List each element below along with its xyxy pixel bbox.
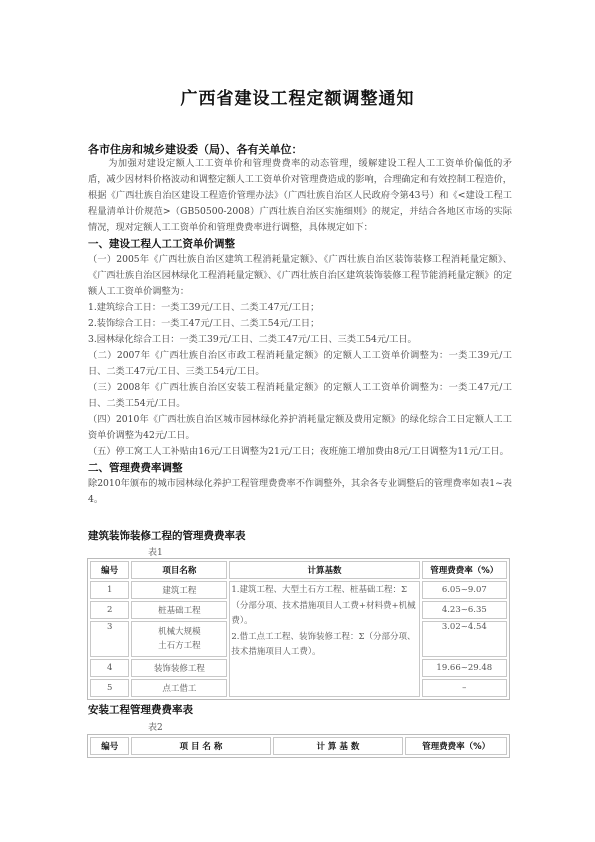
addressee: 各市住房和城乡建设委（局）、各有关单位：	[88, 141, 303, 157]
row-name-line: 土石方工程	[132, 639, 226, 653]
row-name: 建筑工程	[131, 581, 227, 599]
basis-line: 2.借工点工工程、装饰装修工程：Σ（分部分项、	[231, 630, 417, 646]
table2-header: 编号	[90, 737, 129, 755]
table1-header-row: 编号 项目名称 计算基数 管理费费率（%）	[90, 561, 507, 579]
table2-header-row: 编号 项 目 名 称 计 算 基 数 管理费费率（%）	[90, 737, 507, 755]
table2-label: 表2	[148, 720, 163, 733]
row-no: 2	[90, 601, 129, 619]
table1-header: 编号	[90, 561, 129, 579]
row-rate: 4.23~6.35	[422, 601, 507, 619]
table1-header: 计算基数	[229, 561, 419, 579]
section1-heading: 一、建设工程人工工资单价调整	[88, 236, 512, 252]
row-name: 点工借工	[131, 679, 227, 697]
row-name-line: 机械大规模	[132, 625, 226, 639]
basis-line: 1.建筑工程、大型土石方工程、桩基础工程：Σ	[231, 583, 417, 599]
row-rate: 6.05~9.07	[422, 581, 507, 599]
row-no: 1	[90, 581, 129, 599]
table1: 编号 项目名称 计算基数 管理费费率（%） 1 建筑工程 1.建筑工程、大型土石…	[87, 558, 510, 700]
section1-item: （二）2007年《广西壮族自治区市政工程消耗量定额》的定额人工工资单价调整为：一…	[88, 348, 512, 380]
table2: 编号 项 目 名 称 计 算 基 数 管理费费率（%）	[87, 734, 510, 758]
row-name: 桩基础工程	[131, 601, 227, 619]
row-no: 5	[90, 679, 129, 697]
row-rate: 3.02~4.54	[422, 621, 507, 657]
table-row: 1 建筑工程 1.建筑工程、大型土石方工程、桩基础工程：Σ （分部分项、技术措施…	[90, 581, 507, 599]
section2-heading: 二、管理费费率调整	[88, 460, 512, 476]
section1-item: 3.园林绿化综合工日：一类工39元/工日、二类工47元/工日、三类工54元/工日…	[88, 332, 512, 348]
section1-item: （三）2008年《广西壮族自治区安装工程消耗量定额》的定额人工工资单价调整为：一…	[88, 380, 512, 412]
table1-label: 表1	[148, 545, 163, 558]
section1-item: （四）2010年《广西壮族自治区城市园林绿化养护消耗量定额及费用定额》的绿化综合…	[88, 412, 512, 444]
table2-header: 计 算 基 数	[273, 737, 404, 755]
row-rate: –	[422, 679, 507, 697]
table2-header: 管理费费率（%）	[405, 737, 507, 755]
basis-line: 费）。	[231, 614, 417, 630]
table2-header: 项 目 名 称	[131, 737, 270, 755]
document-body: 为加强对建设定额人工工资单价和管理费费率的动态管理，缓解建设工程人工工资单价偏低…	[88, 156, 512, 508]
document-page: 广西省建设工程定额调整通知 各市住房和城乡建设委（局）、各有关单位： 为加强对建…	[0, 0, 595, 842]
section2-text: 除2010年颁布的城市园林绿化养护工程管理费费率不作调整外，其余各专业调整后的管…	[88, 476, 512, 508]
document-title: 广西省建设工程定额调整通知	[0, 84, 595, 109]
calc-basis: 1.建筑工程、大型土石方工程、桩基础工程：Σ （分部分项、技术措施项目人工费+材…	[229, 581, 419, 697]
table1-header: 管理费费率（%）	[422, 561, 507, 579]
section1-item: 2.装饰综合工日：一类工47元/工日、二类工54元/工日；	[88, 316, 512, 332]
table1-header: 项目名称	[131, 561, 227, 579]
row-rate: 19.66~29.48	[422, 659, 507, 677]
row-name: 机械大规模 土石方工程	[131, 621, 227, 657]
table2-title: 安装工程管理费费率表	[88, 702, 193, 717]
basis-line: （分部分项、技术措施项目人工费+材料费+机械	[231, 599, 417, 615]
intro-paragraph: 为加强对建设定额人工工资单价和管理费费率的动态管理，缓解建设工程人工工资单价偏低…	[88, 156, 512, 236]
table1-title: 建筑装饰装修工程的管理费费率表	[88, 528, 246, 543]
row-no: 3	[90, 621, 129, 657]
basis-line: 技术措施项目人工费）。	[231, 645, 417, 661]
row-name: 装饰装修工程	[131, 659, 227, 677]
section1-item: 1.建筑综合工日：一类工39元/工日、二类工47元/工日；	[88, 300, 512, 316]
section1-item: （一）2005年《广西壮族自治区建筑工程消耗量定额》、《广西壮族自治区装饰装修工…	[88, 252, 512, 300]
section1-item: （五）停工窝工人工补贴由16元/工日调整为21元/工日；夜班施工增加费由8元/工…	[88, 444, 512, 460]
row-no: 4	[90, 659, 129, 677]
